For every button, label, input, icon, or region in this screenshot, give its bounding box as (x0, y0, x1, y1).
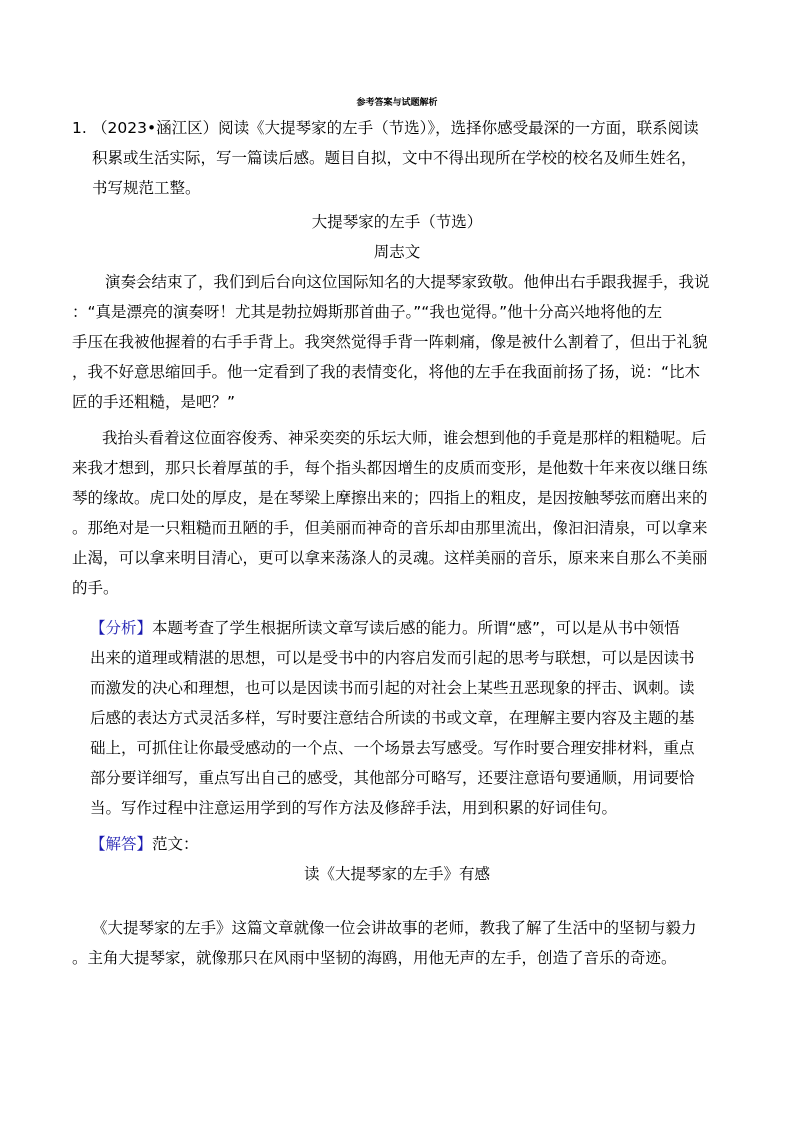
passage-line: 的手。 (72, 578, 119, 598)
passage-line: 琴的缘故。虎口处的厚皮，是在琴梁上摩擦出来的；四指上的粗皮，是因按触琴弦而磨出来… (72, 488, 708, 508)
question-line: 书写规范工整。 (92, 178, 201, 198)
analysis-line: 本题考查了学生根据所读文章写读后感的能力。所谓“感”，可以是从书中领悟 (152, 619, 680, 637)
passage-line: 。那绝对是一只粗糙而丑陋的手，但美丽而神奇的音乐却由那里流出，像汩汩清泉，可以拿… (72, 518, 708, 538)
question-line: （2023•涵江区）阅读《大提琴家的左手（节选）》，选择你感受最深的一方面，联系… (92, 118, 699, 138)
analysis-tag: 【分析】 (90, 619, 152, 637)
analysis-line: 后感的表达方式灵活多样，写时要注意结合所读的书或文章，在理解主要内容及主题的基 (90, 708, 695, 728)
analysis-line: 部分要详细写，重点写出自己的感受，其他部分可略写，还要注意语句要通顺，用词要恰 (90, 768, 695, 788)
passage-line: 止渴，可以拿来明目清心，更可以拿来荡涤人的灵魂。这样美丽的音乐，原来来自那么不美… (72, 548, 708, 568)
passage-line: ：“真是漂亮的演奏呀！尤其是勃拉姆斯那首曲子。”“我也觉得。”他十分高兴地将他的… (72, 302, 662, 322)
analysis-line: 础上，可抓住让你最受感动的一个点、一个场景去写感受。写作时要合理安排材料，重点 (90, 738, 695, 758)
passage-title: 大提琴家的左手（节选） (0, 212, 794, 232)
answer-first-line: 【解答】范文： (90, 834, 199, 854)
passage-line: ，我不好意思缩回手。他一定看到了我的表情变化，将他的左手在我面前扬了扬，说：“比… (72, 362, 700, 382)
essay-title: 读《大提琴家的左手》有感 (0, 864, 794, 884)
analysis-line: 而激发的决心和理想，也可以是因读书而引起的对社会上某些丑恶现象的抨击、讽刺。读 (90, 678, 695, 698)
analysis-line: 当。写作过程中注意运用学到的写作方法及修辞手法，用到积累的好词佳句。 (90, 798, 617, 818)
passage-line: 演奏会结束了，我们到后台向这位国际知名的大提琴家致敬。他伸出右手跟我握手，我说 (105, 272, 710, 292)
analysis-first-line: 【分析】本题考查了学生根据所读文章写读后感的能力。所谓“感”，可以是从书中领悟 (90, 618, 680, 638)
answer-tag: 【解答】 (90, 835, 152, 853)
passage-line: 来我才想到，那只长着厚茧的手，每个指头都因增生的皮质而变形，是他数十年来夜以继日… (72, 458, 708, 478)
passage-line: 手压在我被他握着的右手手背上。我突然觉得手背一阵刺痛，像是被什么割着了，但出于礼… (72, 332, 708, 352)
page-header: 参考答案与试题解析 (0, 95, 794, 108)
passage-line: 匠的手还粗糙，是吧？” (72, 392, 235, 412)
question-line: 积累或生活实际，写一篇读后感。题目自拟，文中不得出现所在学校的校名及师生姓名， (92, 148, 697, 168)
answer-label: 范文： (152, 835, 199, 853)
passage-line: 我抬头看着这位面容俊秀、神采奕奕的乐坛大师，谁会想到他的手竟是那样的粗糙呢。后 (102, 428, 707, 448)
essay-line: 《大提琴家的左手》这篇文章就像一位会讲故事的老师，教我了解了生活中的坚韧与毅力 (92, 918, 697, 938)
analysis-line: 出来的道理或精湛的思想，可以是受书中的内容启发而引起的思考与联想，可以是因读书 (90, 648, 695, 668)
passage-author: 周志文 (0, 242, 794, 262)
essay-line: 。主角大提琴家，就像那只在风雨中坚韧的海鸥，用他无声的左手，创造了音乐的奇迹。 (72, 948, 677, 968)
document-page: 参考答案与试题解析 1. （2023•涵江区）阅读《大提琴家的左手（节选）》，选… (0, 0, 794, 1123)
question-number: 1. (72, 118, 87, 138)
